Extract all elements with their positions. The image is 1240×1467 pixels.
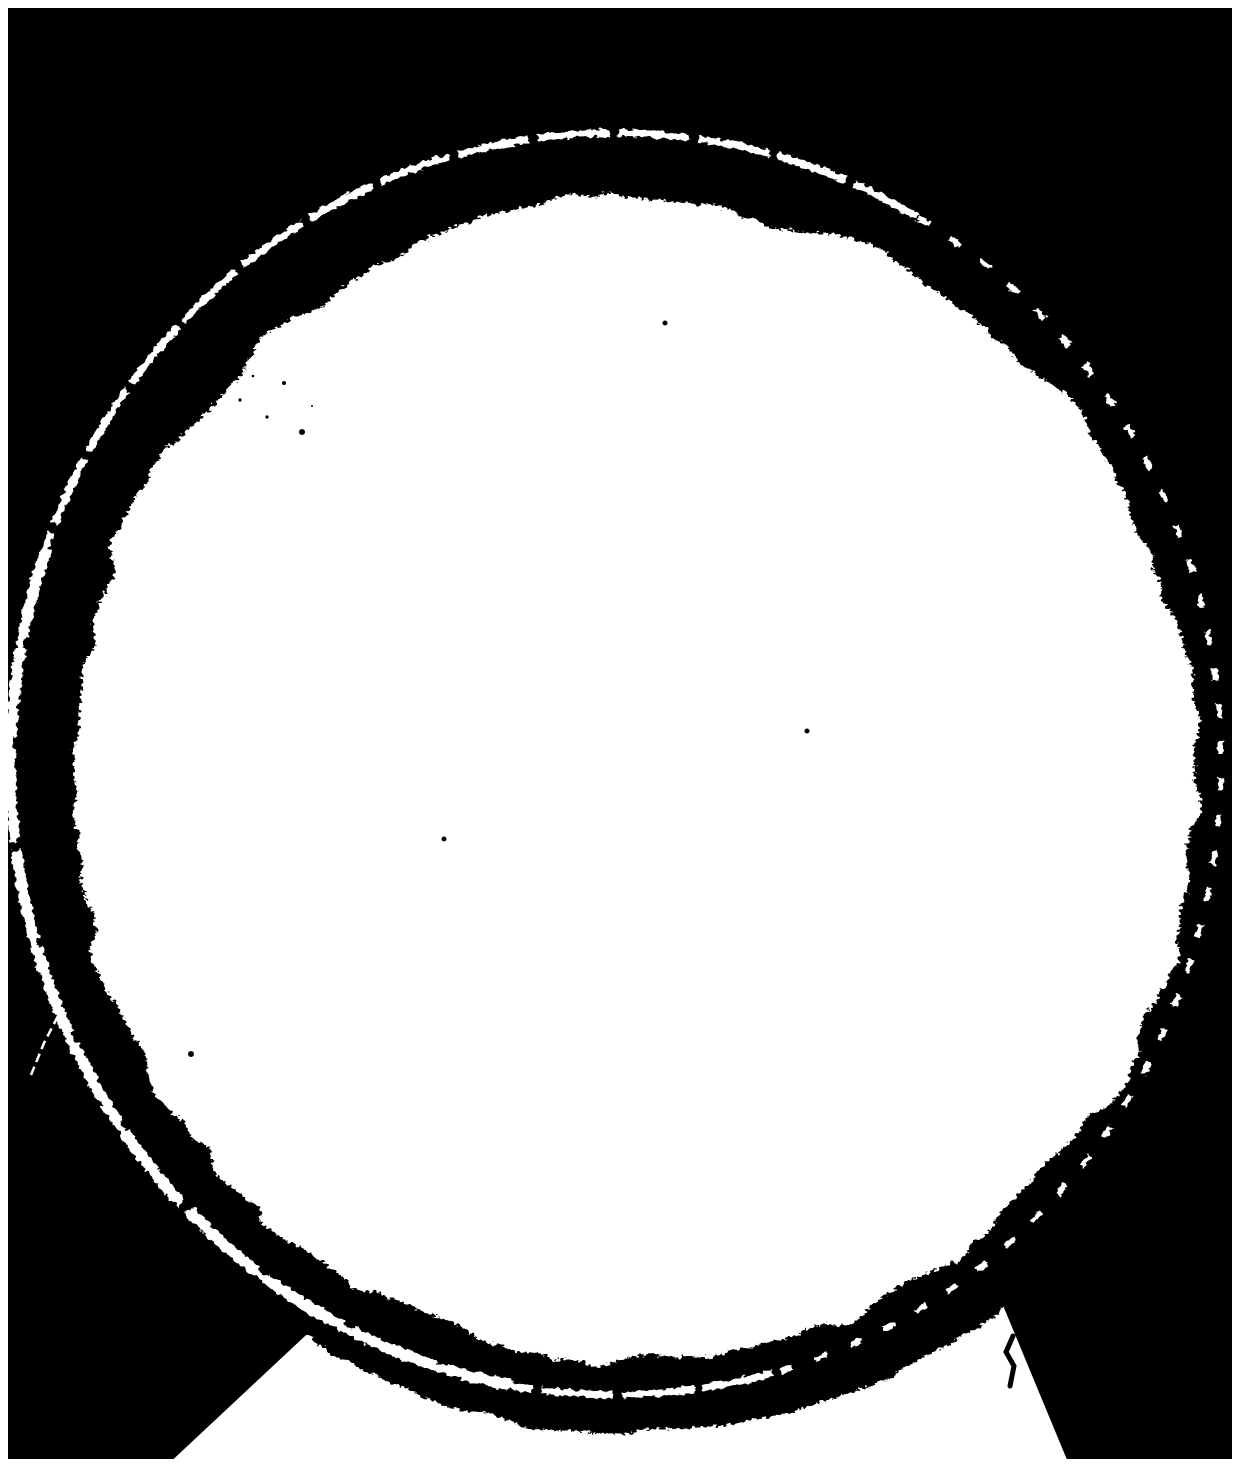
rim-speck-3 (265, 415, 268, 418)
binarized-dish-photo (0, 0, 1240, 1467)
debris-dot-4 (188, 1051, 194, 1057)
rim-speck-4 (238, 398, 241, 401)
figure-stage (0, 0, 1240, 1467)
debris-dot-1 (663, 321, 668, 326)
debris-dot-2 (805, 729, 810, 734)
rim-speck-1 (299, 429, 305, 435)
rim-speck-2 (282, 381, 286, 385)
rim-speck-7 (311, 405, 313, 407)
rim-speck-6 (224, 390, 226, 392)
rim-speck-5 (252, 375, 255, 378)
dish-interior (74, 197, 1198, 1359)
debris-dot-3 (442, 837, 447, 842)
